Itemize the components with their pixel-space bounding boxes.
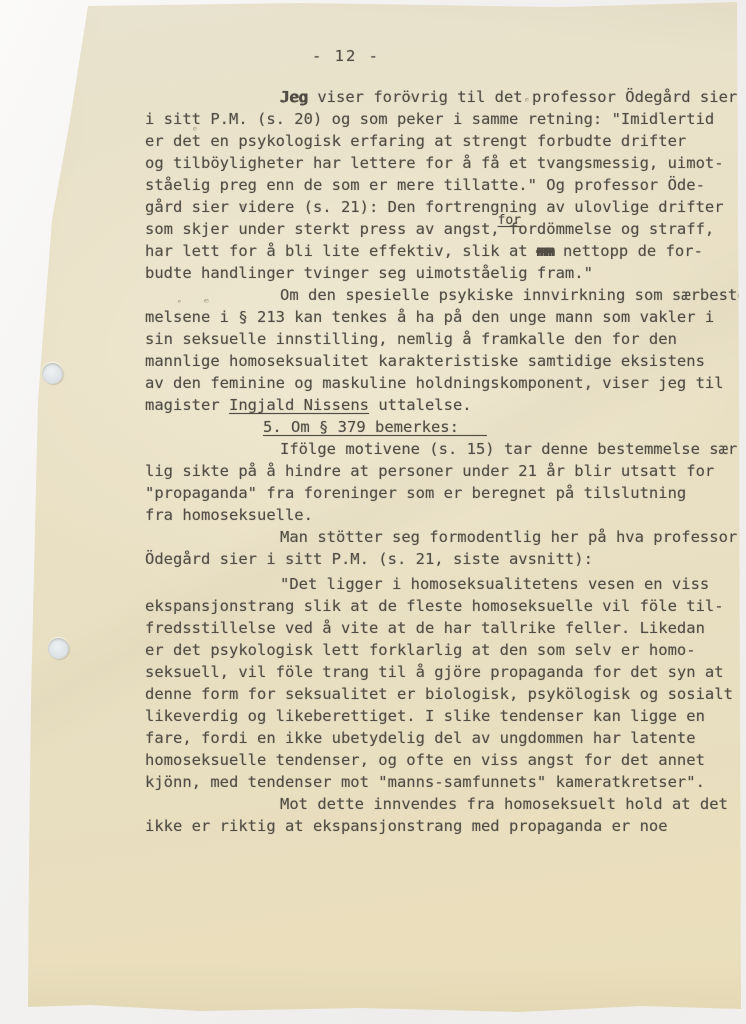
text-segment: viser forövrig til det professor Ödegård… bbox=[308, 88, 737, 106]
text-line: seksuell, vil föle trang til å gjöre pro… bbox=[145, 661, 731, 683]
text-line: Om den spesielle psykiske innvirkning so… bbox=[145, 284, 731, 306]
text-segment: Ifölge motivene (s. 15) tar denne bestem… bbox=[280, 440, 746, 458]
paragraph: "Det ligger i homoseksualitetens vesen e… bbox=[145, 573, 731, 793]
text-segment: Mot dette innvendes fra homoseksuelt hol… bbox=[280, 795, 728, 813]
text-segment: av den feminine og maskuline holdningsko… bbox=[145, 374, 724, 392]
text-segment: magister bbox=[145, 396, 229, 414]
paragraph: Mot dette innvendes fra homoseksuelt hol… bbox=[145, 793, 731, 837]
text-segment: "Det ligger i homoseksualitetens vesen e… bbox=[280, 575, 709, 593]
text-segment: mannlige homoseksualitet karakteristiske… bbox=[145, 352, 705, 370]
text-line: ekspansjonstrang slik at de fleste homos… bbox=[145, 595, 731, 617]
text-segment: er det psykologisk lett forklarlig at de… bbox=[145, 641, 696, 659]
paragraph: Om den spesielle psykiske innvirkning so… bbox=[145, 284, 731, 416]
scan-background: - 12 - Jeg viser forövrig til det profes… bbox=[0, 0, 746, 1024]
text-segment: Om den spesielle psykiske innvirkning so… bbox=[280, 286, 746, 304]
text-line: "Det ligger i homoseksualitetens vesen e… bbox=[145, 573, 731, 595]
page-number: - 12 - bbox=[312, 47, 380, 65]
text-segment: ikke er riktig at ekspansjonstrang med p… bbox=[145, 817, 668, 835]
text-line: Jeg viser forövrig til det professor Öde… bbox=[145, 86, 731, 108]
text-line: og tilböyligheter har lettere for å få e… bbox=[145, 152, 731, 174]
text-line: Mot dette innvendes fra homoseksuelt hol… bbox=[145, 793, 731, 815]
text-segment: nettopp de for- bbox=[554, 242, 703, 260]
text-segment: gård sier videre (s. 21): Den fortrengni… bbox=[145, 198, 724, 216]
text-segment: likeverdig og likeberettiget. I slike te… bbox=[145, 707, 705, 725]
text-segment: fare, fordi en ikke ubetydelig del av un… bbox=[145, 729, 696, 747]
text-line: magister Ingjald Nissens uttalelse. bbox=[145, 394, 731, 416]
section-heading: 5. Om § 379 bemerkes: bbox=[145, 416, 731, 438]
text-line: fredsstillelse ved å vite at de har tall… bbox=[145, 617, 731, 639]
text-line: kjönn, med tendenser mot "manns-samfunne… bbox=[145, 771, 731, 793]
text-segment-underline: Ingjald Nissens bbox=[229, 396, 369, 414]
document-page: - 12 - Jeg viser forövrig til det profes… bbox=[0, 0, 746, 1024]
hole-punch-top bbox=[42, 363, 63, 384]
text-segment: ståelig preg enn de som er mere tillatte… bbox=[145, 176, 705, 194]
text-line: mannlige homoseksualitet karakteristiske… bbox=[145, 350, 731, 372]
text-line: av den feminine og maskuline holdningsko… bbox=[145, 372, 731, 394]
text-segment: Man stötter seg formodentlig her på hva … bbox=[280, 528, 737, 546]
text-line: likeverdig og likeberettiget. I slike te… bbox=[145, 705, 731, 727]
text-segment: seksuell, vil föle trang til å gjöre pro… bbox=[145, 663, 724, 681]
text-segment: melsene i § 213 kan tenkes å ha på den u… bbox=[145, 308, 714, 326]
text-segment-strike: mm bbox=[537, 242, 554, 260]
hole-punch-bottom bbox=[48, 638, 69, 659]
text-line: ståelig preg enn de som er mere tillatte… bbox=[145, 174, 731, 196]
text-segment: sin seksuelle innstilling, nemlig å fram… bbox=[145, 330, 677, 348]
text-segment: Ödegård sier i sitt P.M. (s. 21, siste a… bbox=[145, 550, 593, 568]
text-segment: fra homoseksuelle. bbox=[145, 506, 313, 524]
text-segment: i sitt P.M. (s. 20) og som peker i samme… bbox=[145, 110, 714, 128]
text-line: Ödegård sier i sitt P.M. (s. 21, siste a… bbox=[145, 548, 731, 570]
text-segment: uttalelse. bbox=[369, 396, 472, 414]
text-line: er det en psykologisk erfaring at streng… bbox=[145, 130, 731, 152]
paragraph: Ifölge motivene (s. 15) tar denne bestem… bbox=[145, 438, 731, 526]
text-line: Ifölge motivene (s. 15) tar denne bestem… bbox=[145, 438, 731, 460]
text-line: "propaganda" fra foreninger som er bereg… bbox=[145, 482, 731, 504]
text-line: som skjer under sterkt press av angst,fo… bbox=[145, 218, 731, 240]
text-segment: og tilböyligheter har lettere for å få e… bbox=[145, 154, 724, 172]
text-segment: kjönn, med tendenser mot "manns-samfunne… bbox=[145, 773, 705, 791]
text-line: fra homoseksuelle. bbox=[145, 504, 731, 526]
text-line: budte handlinger tvinger seg uimotståeli… bbox=[145, 262, 731, 284]
text-line: gård sier videre (s. 21): Den fortrengni… bbox=[145, 196, 731, 218]
text-segment: er det en psykologisk erfaring at streng… bbox=[145, 132, 686, 150]
text-segment: homoseksuelle tendenser, og ofte en viss… bbox=[145, 751, 705, 769]
text-segment: som skjer under sterkt press av angst, bbox=[145, 220, 500, 238]
paragraph: Man stötter seg formodentlig her på hva … bbox=[145, 526, 731, 570]
text-segment: "propaganda" fra foreninger som er bereg… bbox=[145, 484, 686, 502]
text-line: har lett for å bli lite effektiv, slik a… bbox=[145, 240, 731, 262]
text-segment-overstrike: Jeg bbox=[280, 88, 308, 106]
text-line: lig sikte på å hindre at personer under … bbox=[145, 460, 731, 482]
text-line: er det psykologisk lett forklarlig at de… bbox=[145, 639, 731, 661]
text-line: melsene i § 213 kan tenkes å ha på den u… bbox=[145, 306, 731, 328]
text-line: sin seksuelle innstilling, nemlig å fram… bbox=[145, 328, 731, 350]
text-line: i sitt P.M. (s. 20) og som peker i samme… bbox=[145, 108, 731, 130]
text-segment: ekspansjonstrang slik at de fleste homos… bbox=[145, 597, 724, 615]
text-line: 5. Om § 379 bemerkes: bbox=[145, 416, 731, 438]
paragraph: Jeg viser forövrig til det professor Öde… bbox=[145, 86, 731, 284]
text-line: ikke er riktig at ekspansjonstrang med p… bbox=[145, 815, 731, 837]
text-line: denne form for seksualitet er biologisk,… bbox=[145, 683, 731, 705]
text-segment: budte handlinger tvinger seg uimotståeli… bbox=[145, 264, 593, 282]
text-line: homoseksuelle tendenser, og ofte en viss… bbox=[145, 749, 731, 771]
text-segment-underline: 5. Om § 379 bemerkes: bbox=[263, 418, 487, 436]
text-segment: fordömmelse og straff, bbox=[500, 220, 715, 238]
text-segment: har lett for å bli lite effektiv, slik a… bbox=[145, 242, 537, 260]
text-segment: fredsstillelse ved å vite at de har tall… bbox=[145, 619, 705, 637]
text-line: Man stötter seg formodentlig her på hva … bbox=[145, 526, 731, 548]
text-segment: denne form for seksualitet er biologisk,… bbox=[145, 685, 733, 703]
typed-text: Jeg viser forövrig til det professor Öde… bbox=[145, 86, 731, 837]
text-segment: lig sikte på å hindre at personer under … bbox=[145, 462, 714, 480]
text-line: fare, fordi en ikke ubetydelig del av un… bbox=[145, 727, 731, 749]
